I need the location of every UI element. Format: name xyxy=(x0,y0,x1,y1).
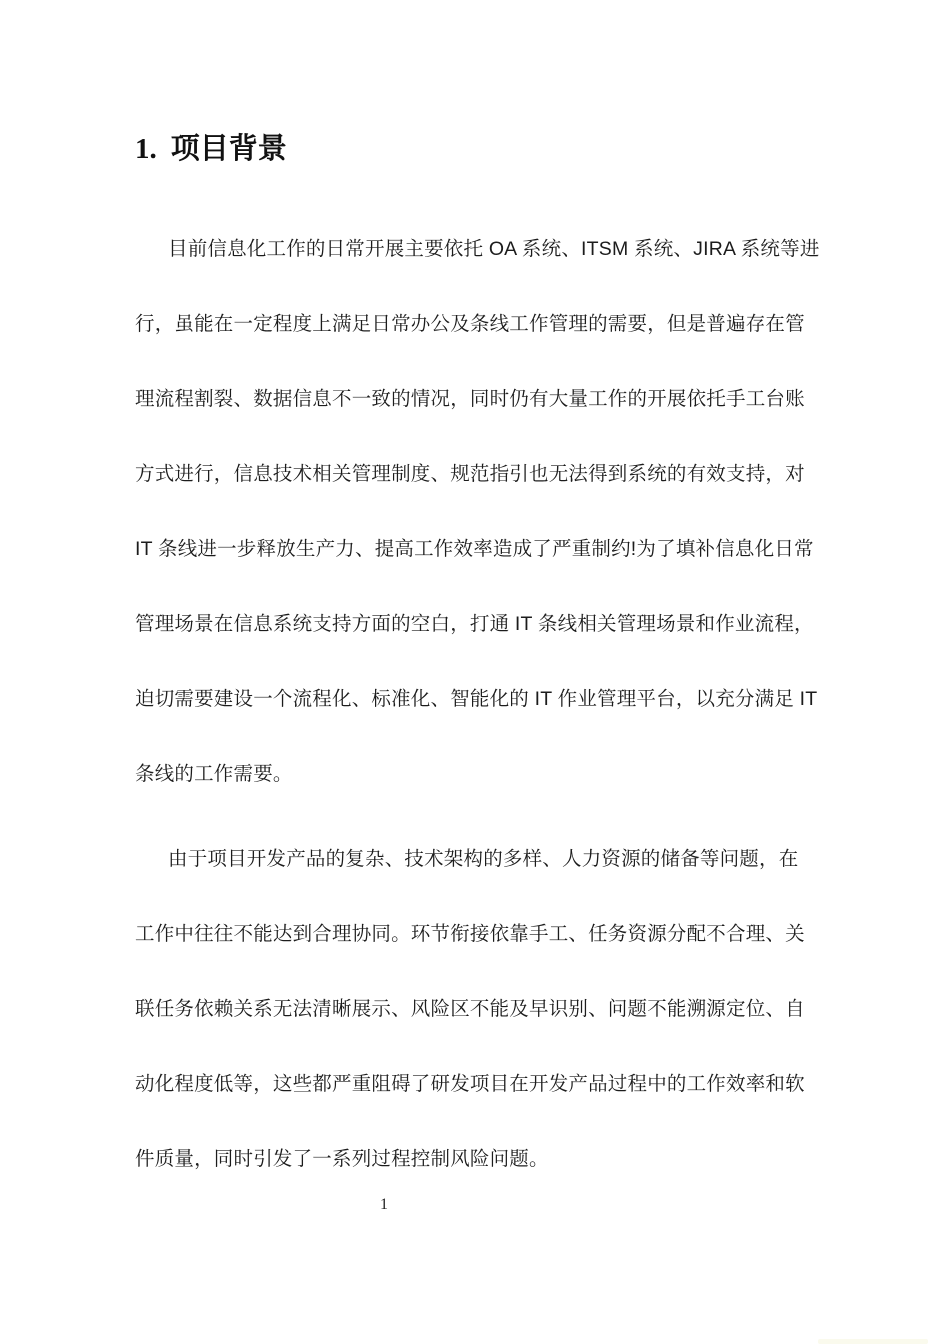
section-heading: 1.项目背景 xyxy=(135,126,287,167)
text-line: 动化程度低等，这些都严重阻碍了研发项目在开发产品过程中的工作效率和软 xyxy=(135,1047,821,1122)
section-number: 1. xyxy=(135,133,157,165)
text-line: 件质量，同时引发了一系列过程控制风险问题。 xyxy=(135,1122,821,1197)
paragraph-2: 由于项目开发产品的复杂、技术架构的多样、人力资源的储备等问题，在 工作中往往不能… xyxy=(135,822,821,1197)
text-line: IT 条线进一步释放生产力、提高工作效率造成了严重制约!为了填补信息化日常 xyxy=(135,512,821,587)
document-page: 1.项目背景 目前信息化工作的日常开展主要依托 OA 系统、ITSM 系统、JI… xyxy=(0,0,950,1344)
text-line: 目前信息化工作的日常开展主要依托 OA 系统、ITSM 系统、JIRA 系统等进 xyxy=(135,212,821,287)
text-line: 条线的工作需要。 xyxy=(135,737,821,812)
text-line: 联任务依赖关系无法清晰展示、风险区不能及早识别、问题不能溯源定位、自 xyxy=(135,972,821,1047)
paragraph-1: 目前信息化工作的日常开展主要依托 OA 系统、ITSM 系统、JIRA 系统等进… xyxy=(135,212,821,812)
text-line: 由于项目开发产品的复杂、技术架构的多样、人力资源的储备等问题，在 xyxy=(135,822,821,897)
text-line: 行，虽能在一定程度上满足日常办公及条线工作管理的需要，但是普遍存在管 xyxy=(135,287,821,362)
bottom-right-smudge xyxy=(818,1339,928,1344)
page-number: 1 xyxy=(380,1196,388,1214)
text-line: 工作中往往不能达到合理协同。环节衔接依靠手工、任务资源分配不合理、关 xyxy=(135,897,821,972)
text-line: 管理场景在信息系统支持方面的空白，打通 IT 条线相关管理场景和作业流程， xyxy=(135,587,821,662)
text-line: 迫切需要建设一个流程化、标准化、智能化的 IT 作业管理平台，以充分满足 IT xyxy=(135,662,821,737)
text-line: 方式进行，信息技术相关管理制度、规范指引也无法得到系统的有效支持，对 xyxy=(135,437,821,512)
text-line: 理流程割裂、数据信息不一致的情况，同时仍有大量工作的开展依托手工台账 xyxy=(135,362,821,437)
section-title: 项目背景 xyxy=(171,133,287,165)
